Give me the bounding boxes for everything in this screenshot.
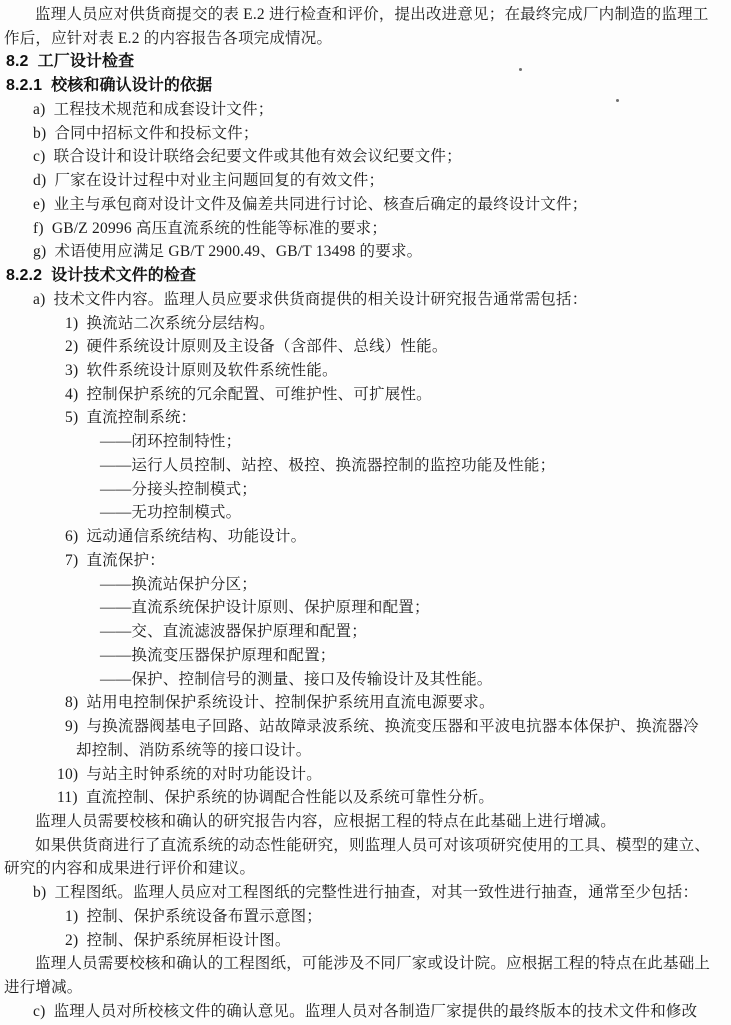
text-line: 如果供货商进行了直流系统的动态性能研究，则监理人员可对该项研究使用的工具、模型的…	[0, 834, 731, 858]
text-line: 却控制、消防系统等的接口设计。	[0, 739, 731, 763]
text-line: g) 术语使用应满足 GB/T 2900.49、GB/T 13498 的要求。	[0, 240, 731, 264]
text-line: ——换流站保护分区；	[0, 573, 731, 597]
text-line: 8) 站用电控制保护系统设计、控制保护系统用直流电源要求。	[0, 691, 731, 715]
text-line: 2) 硬件系统设计原则及主设备（含部件、总线）性能。	[0, 335, 731, 359]
text-line: ——交、直流滤波器保护原理和配置；	[0, 620, 731, 644]
text-line: 1) 换流站二次系统分层结构。	[0, 312, 731, 336]
text-line: ——直流系统保护设计原则、保护原理和配置；	[0, 596, 731, 620]
text-line: c) 联合设计和设计联络会纪要文件或其他有效会议纪要文件；	[0, 145, 731, 169]
document-text-block: 监理人员应对供货商提交的表 E.2 进行检查和评价，提出改进意见；在最终完成厂内…	[0, 3, 731, 1024]
text-line: 3) 软件系统设计原则及软件系统性能。	[0, 359, 731, 383]
text-line: 作后，应针对表 E.2 的内容报告各项完成情况。	[0, 27, 731, 51]
text-line: 7) 直流保护：	[0, 549, 731, 573]
text-line: a) 工程技术规范和成套设计文件；	[0, 98, 731, 122]
text-line: 2) 控制、保护系统屏柜设计图。	[0, 929, 731, 953]
text-line: b) 工程图纸。监理人员应对工程图纸的完整性进行抽查，对其一致性进行抽查，通常至…	[0, 881, 731, 905]
text-line: ——分接头控制模式；	[0, 478, 731, 502]
section-heading: 8.2.2 设计技术文件的检查	[0, 264, 731, 288]
text-line: c) 监理人员对所校核文件的确认意见。监理人员对各制造厂家提供的最终版本的技术文…	[0, 1000, 731, 1024]
text-line: a) 技术文件内容。监理人员应要求供货商提供的相关设计研究报告通常需包括：	[0, 288, 731, 312]
scan-speck	[519, 68, 522, 71]
text-line: 监理人员应对供货商提交的表 E.2 进行检查和评价，提出改进意见；在最终完成厂内…	[0, 3, 731, 27]
text-line: ——换流变压器保护原理和配置；	[0, 644, 731, 668]
text-line: b) 合同中招标文件和投标文件；	[0, 122, 731, 146]
section-heading: 8.2 工厂设计检查	[0, 50, 731, 74]
text-line: f) GB/Z 20996 高压直流系统的性能等标准的要求；	[0, 217, 731, 241]
text-line: 9) 与换流器阀基电子回路、站故障录波系统、换流变压器和平波电抗器本体保护、换流…	[0, 715, 731, 739]
section-heading: 8.2.1 校核和确认设计的依据	[0, 74, 731, 98]
text-line: ——运行人员控制、站控、极控、换流器控制的监控功能及性能；	[0, 454, 731, 478]
text-line: d) 厂家在设计过程中对业主问题回复的有效文件；	[0, 169, 731, 193]
text-line: ——保护、控制信号的测量、接口及传输设计及其性能。	[0, 668, 731, 692]
text-line: 11) 直流控制、保护系统的协调配合性能以及系统可靠性分析。	[0, 786, 731, 810]
text-line: 研究的内容和成果进行评价和建议。	[0, 857, 731, 881]
text-line: ——无功控制模式。	[0, 501, 731, 525]
text-line: 4) 控制保护系统的冗余配置、可维护性、可扩展性。	[0, 383, 731, 407]
scan-speck	[616, 99, 619, 102]
text-line: 5) 直流控制系统：	[0, 406, 731, 430]
text-line: e) 业主与承包商对设计文件及偏差共同进行讨论、核查后确定的最终设计文件；	[0, 193, 731, 217]
text-line: 进行增减。	[0, 976, 731, 1000]
text-line: 监理人员需要校核和确认的研究报告内容，应根据工程的特点在此基础上进行增减。	[0, 810, 731, 834]
text-line: 监理人员需要校核和确认的工程图纸，可能涉及不同厂家或设计院。应根据工程的特点在此…	[0, 952, 731, 976]
scanned-document-page: 监理人员应对供货商提交的表 E.2 进行检查和评价，提出改进意见；在最终完成厂内…	[0, 0, 731, 1025]
text-line: ——闭环控制特性；	[0, 430, 731, 454]
text-line: 1) 控制、保护系统设备布置示意图；	[0, 905, 731, 929]
text-line: 6) 远动通信系统结构、功能设计。	[0, 525, 731, 549]
text-line: 10) 与站主时钟系统的对时功能设计。	[0, 763, 731, 787]
